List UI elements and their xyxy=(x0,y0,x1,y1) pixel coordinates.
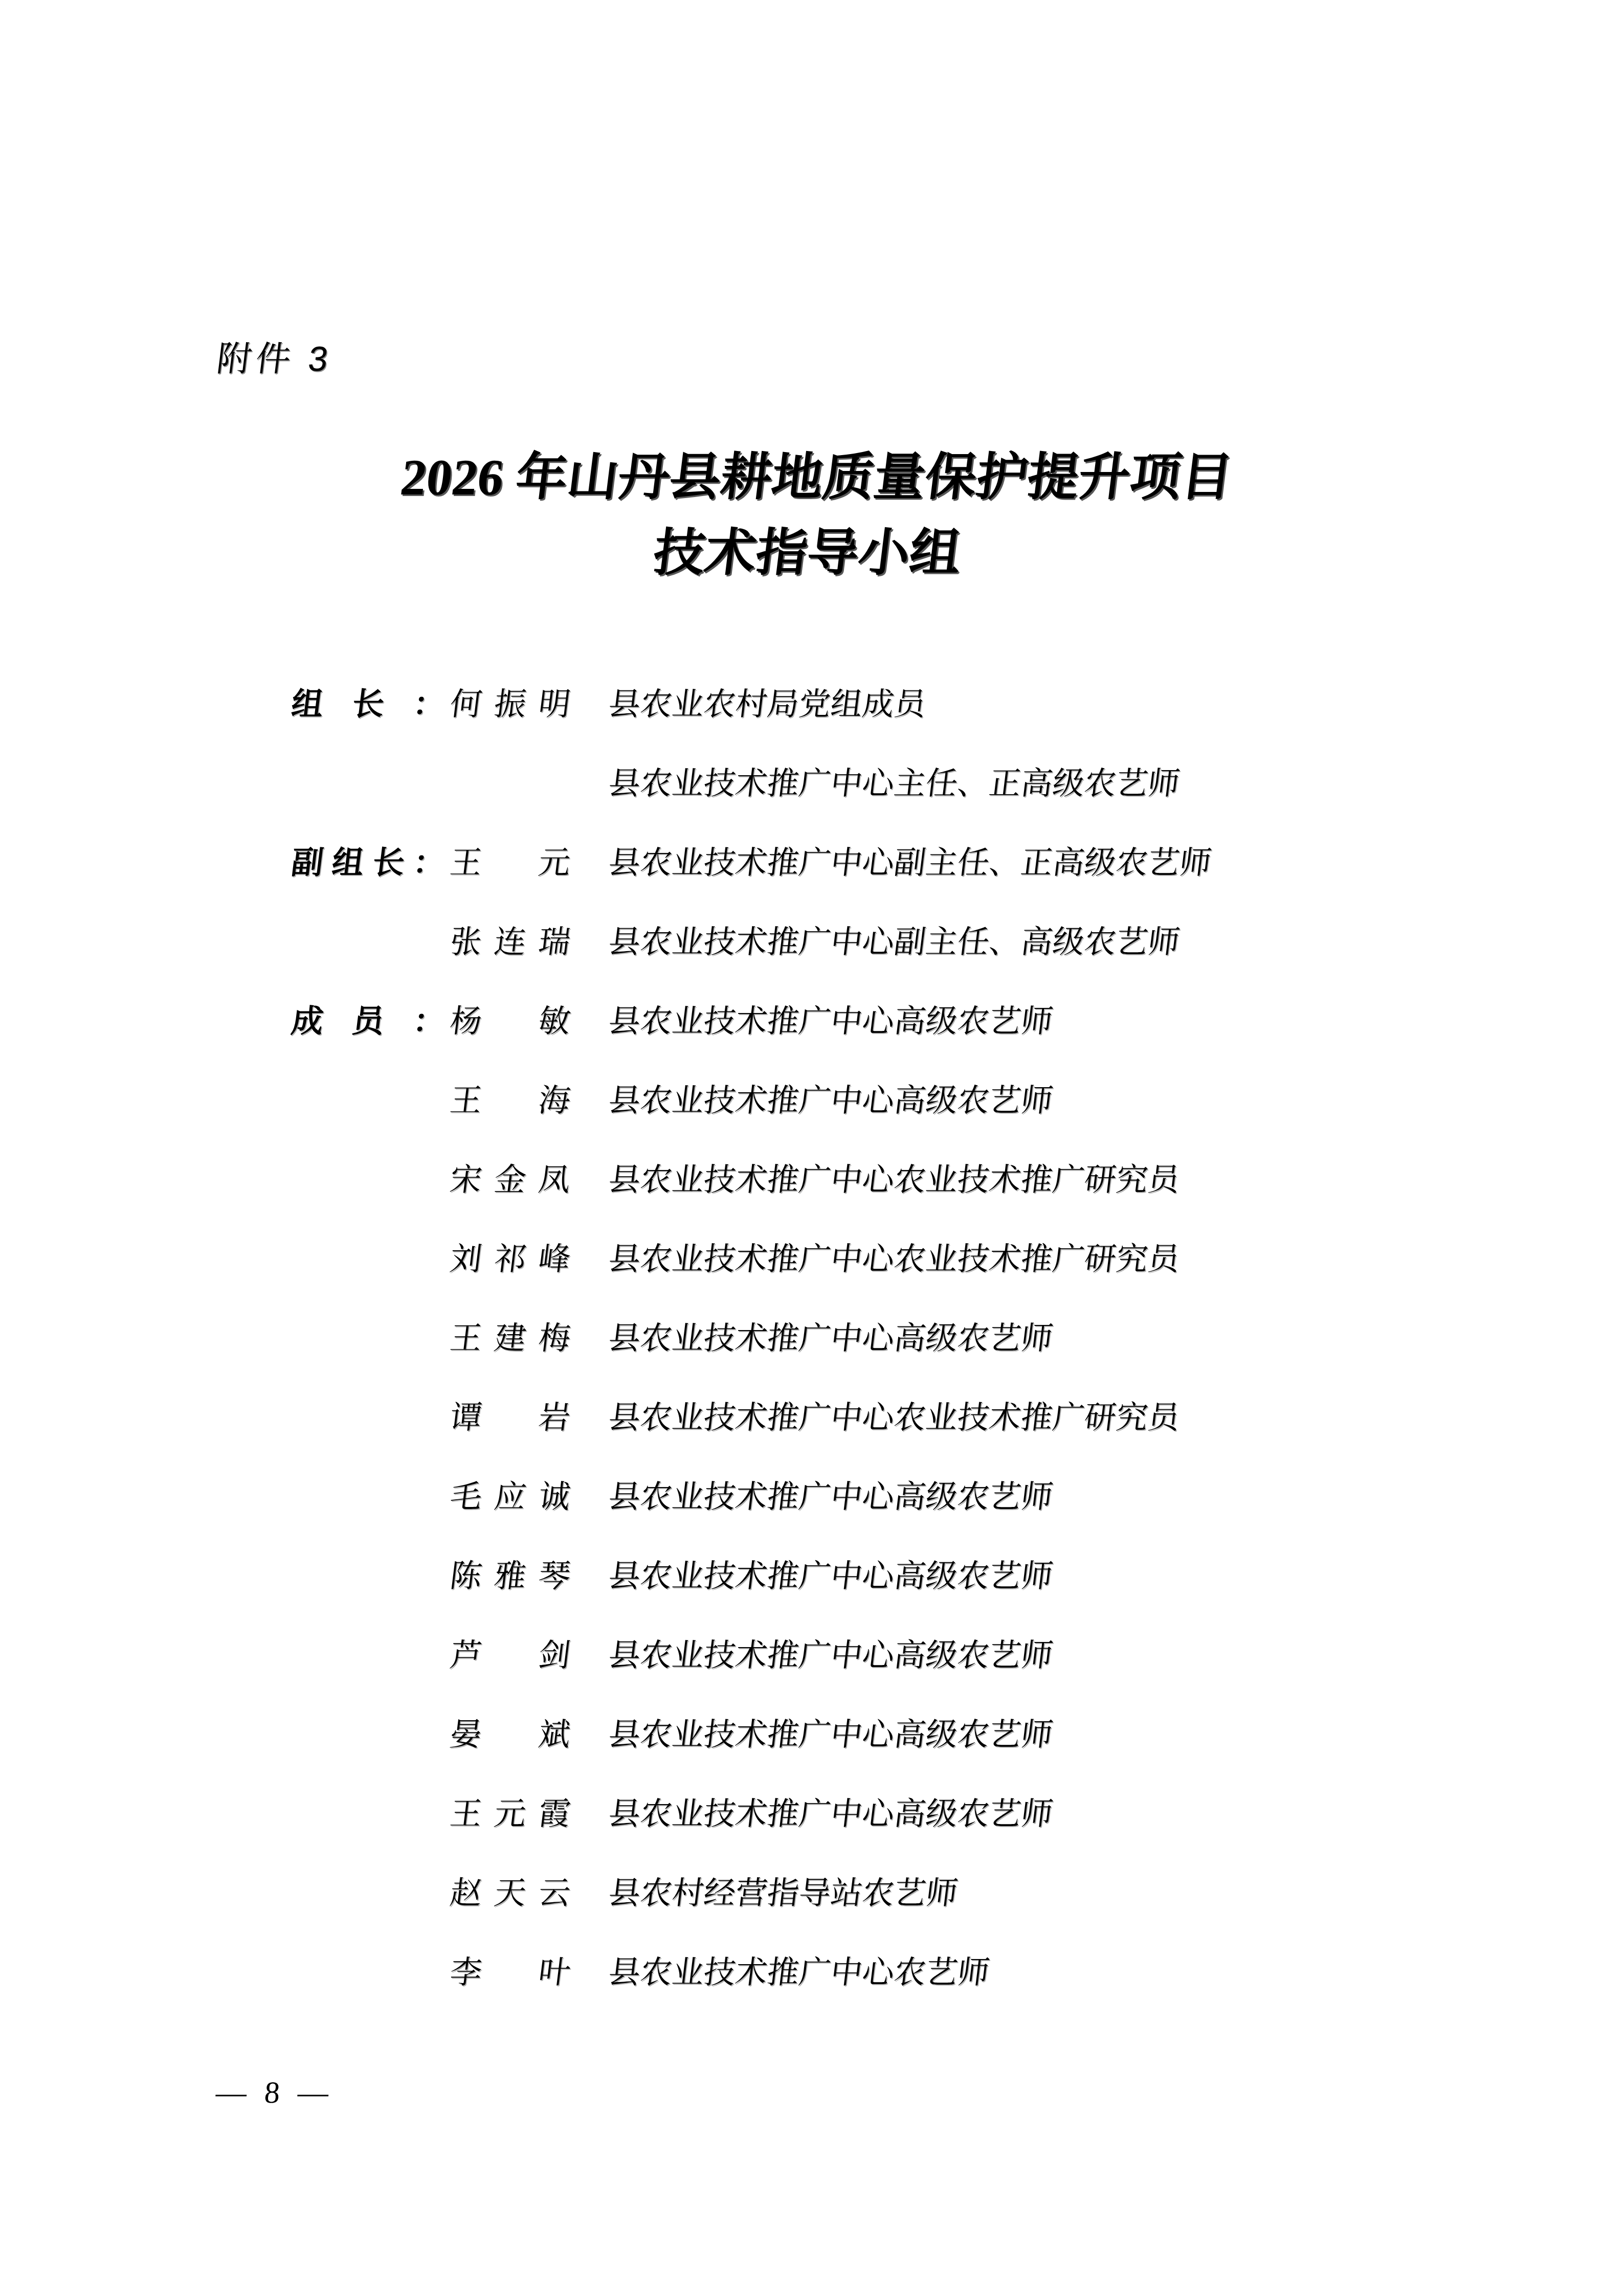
member-name-cell: 陈雅琴 xyxy=(448,1561,611,1592)
roster-row: 芦剑 县农业技术推广中心高级农艺师 xyxy=(286,1616,1216,1695)
char: 组 xyxy=(330,847,366,879)
member-name-cell: 赵天云 xyxy=(448,1878,611,1909)
member-name: 刘祁峰 xyxy=(448,1244,572,1275)
roster-row: 王元霞 县农业技术推广中心高级农艺师 xyxy=(286,1774,1216,1854)
member-name: 李叶 xyxy=(448,1957,572,1989)
member-title: 县农业技术推广中心高级农艺师 xyxy=(607,1323,1213,1355)
member-title: 县农业技术推广中心副主任、正高级农艺师 xyxy=(607,847,1213,879)
char: 云 xyxy=(537,1878,572,1909)
member-name: 何振明 xyxy=(448,689,572,721)
roster-row: 谭岩 县农业技术推广中心农业技术推广研究员 xyxy=(286,1378,1216,1457)
document-title: 2026 年山丹县耕地质量保护提升项目 技术指导小组 xyxy=(0,440,1624,591)
member-name-cell: 何振明 xyxy=(448,689,611,721)
roster-row: 张连瑞 县农业技术推广中心副主任、高级农艺师 xyxy=(286,903,1216,982)
char: 成 xyxy=(290,1006,325,1038)
char: ： xyxy=(411,1006,447,1038)
member-title: 县农业技术推广中心高级农艺师 xyxy=(607,1006,1213,1038)
member-name-cell: 杨敏 xyxy=(448,1006,611,1038)
char: 晏 xyxy=(448,1719,484,1751)
member-title: 县农业技术推广中心副主任、高级农艺师 xyxy=(607,927,1213,958)
member-name: 芦剑 xyxy=(448,1640,572,1672)
char: 员 xyxy=(350,1006,386,1038)
member-name-cell: 张连瑞 xyxy=(448,927,611,958)
member-name: 毛应诚 xyxy=(448,1481,572,1513)
title-line-1: 2026 年山丹县耕地质量保护提升项目 xyxy=(397,449,1236,506)
char: ： xyxy=(411,689,447,721)
member-name: 张连瑞 xyxy=(448,927,572,958)
char: 何 xyxy=(448,689,484,721)
member-name: 晏斌 xyxy=(448,1719,572,1751)
member-name: 宋金凤 xyxy=(448,1164,572,1196)
role-label: 副组长： xyxy=(290,847,447,879)
member-title: 县农业技术推广中心农业技术推广研究员 xyxy=(607,1164,1213,1196)
char: 琴 xyxy=(537,1561,572,1592)
role-label: 成员： xyxy=(290,1006,447,1038)
member-name: 王海 xyxy=(448,1085,572,1117)
char: 李 xyxy=(448,1957,484,1989)
char: 诚 xyxy=(537,1481,572,1513)
char: 芦 xyxy=(448,1640,484,1672)
char: 杨 xyxy=(448,1006,484,1038)
roster-row: 刘祁峰 县农业技术推广中心农业技术推广研究员 xyxy=(286,1220,1216,1299)
member-name: 王建梅 xyxy=(448,1323,572,1355)
char: 梅 xyxy=(537,1323,572,1355)
roster-row: 宋金凤 县农业技术推广中心农业技术推广研究员 xyxy=(286,1140,1216,1220)
member-name: 陈雅琴 xyxy=(448,1561,572,1592)
member-title: 县农业技术推广中心高级农艺师 xyxy=(607,1481,1213,1513)
member-name: 王元霞 xyxy=(448,1798,572,1830)
member-name-cell: 晏斌 xyxy=(448,1719,611,1751)
char: 峰 xyxy=(537,1244,572,1275)
member-title: 县农业技术推广中心高级农艺师 xyxy=(607,1719,1213,1751)
char: 王 xyxy=(448,1085,484,1117)
member-title: 县农业技术推广中心农艺师 xyxy=(607,1957,1213,1989)
char: 长 xyxy=(350,689,386,721)
roster-row: 组长： 何振明 县农业农村局党组成员 xyxy=(286,665,1216,744)
member-title: 县农业技术推广中心主任、正高级农艺师 xyxy=(607,768,1213,800)
title-line-2: 技术指导小组 xyxy=(651,525,965,581)
document-page: 附件 3 2026 年山丹县耕地质量保护提升项目 技术指导小组 组长： 何振明 … xyxy=(0,0,1624,2296)
char: 瑞 xyxy=(537,927,572,958)
char: 王 xyxy=(448,847,484,879)
char: 刘 xyxy=(448,1244,484,1275)
char: 长 xyxy=(371,847,407,879)
roster-row: 毛应诚 县农业技术推广中心高级农艺师 xyxy=(286,1457,1216,1537)
char: 凤 xyxy=(537,1164,572,1196)
roster-row: 成员： 杨敏 县农业技术推广中心高级农艺师 xyxy=(286,982,1216,1061)
member-title: 县农村经营指导站农艺师 xyxy=(607,1878,1213,1909)
roster-row: 李叶 县农业技术推广中心农艺师 xyxy=(286,1933,1216,2012)
char: 组 xyxy=(290,689,325,721)
member-title: 县农业技术推广中心高级农艺师 xyxy=(607,1798,1213,1830)
role-label-cell: 组长： xyxy=(290,689,452,721)
member-title: 县农业技术推广中心高级农艺师 xyxy=(607,1085,1213,1117)
char: 王 xyxy=(448,1323,484,1355)
char: 王 xyxy=(448,1798,484,1830)
member-name: 杨敏 xyxy=(448,1006,572,1038)
char: ： xyxy=(411,847,447,879)
member-title: 县农业技术推广中心高级农艺师 xyxy=(607,1640,1213,1672)
roster-row: 陈雅琴 县农业技术推广中心高级农艺师 xyxy=(286,1537,1216,1616)
member-name-cell: 芦剑 xyxy=(448,1640,611,1672)
char: 元 xyxy=(493,1798,528,1830)
char: 副 xyxy=(290,847,325,879)
char: 祁 xyxy=(493,1244,528,1275)
char: 雅 xyxy=(493,1561,528,1592)
char: 连 xyxy=(493,927,528,958)
member-name: 谭岩 xyxy=(448,1402,572,1434)
member-name-cell: 王元霞 xyxy=(448,1798,611,1830)
member-title: 县农业农村局党组成员 xyxy=(607,689,1213,721)
char: 剑 xyxy=(537,1640,572,1672)
char: 宋 xyxy=(448,1164,484,1196)
role-label-cell: 成员： xyxy=(290,1006,452,1038)
char: 海 xyxy=(537,1085,572,1117)
attachment-label: 附件 3 xyxy=(215,342,334,376)
char: 张 xyxy=(448,927,484,958)
roster-row: 王海 县农业技术推广中心高级农艺师 xyxy=(286,1061,1216,1140)
char: 应 xyxy=(493,1481,528,1513)
char: 振 xyxy=(493,689,528,721)
member-name-cell: 宋金凤 xyxy=(448,1164,611,1196)
char: 毛 xyxy=(448,1481,484,1513)
roster-row: 副组长： 王元 县农业技术推广中心副主任、正高级农艺师 xyxy=(286,823,1216,903)
member-name-cell: 王海 xyxy=(448,1085,611,1117)
member-name: 王元 xyxy=(448,847,572,879)
member-title: 县农业技术推广中心农业技术推广研究员 xyxy=(607,1244,1213,1275)
char: 敏 xyxy=(537,1006,572,1038)
char: 斌 xyxy=(537,1719,572,1751)
char: 天 xyxy=(493,1878,528,1909)
char: 谭 xyxy=(448,1402,484,1434)
roster-row: 晏斌 县农业技术推广中心高级农艺师 xyxy=(286,1695,1216,1774)
member-name-cell: 王元 xyxy=(448,847,611,879)
member-name: 赵天云 xyxy=(448,1878,572,1909)
member-name-cell: 刘祁峰 xyxy=(448,1244,611,1275)
char: 建 xyxy=(493,1323,528,1355)
char: 元 xyxy=(537,847,572,879)
member-name-cell: 毛应诚 xyxy=(448,1481,611,1513)
char: 明 xyxy=(537,689,572,721)
member-title: 县农业技术推广中心高级农艺师 xyxy=(607,1561,1213,1592)
member-name-cell: 李叶 xyxy=(448,1957,611,1989)
roster-row: 赵天云 县农村经营指导站农艺师 xyxy=(286,1854,1216,1933)
char: 赵 xyxy=(448,1878,484,1909)
char: 金 xyxy=(493,1164,528,1196)
roster-row: 王建梅 县农业技术推广中心高级农艺师 xyxy=(286,1299,1216,1378)
char: 叶 xyxy=(537,1957,572,1989)
roster-row: 县农业技术推广中心主任、正高级农艺师 xyxy=(286,744,1216,823)
char: 陈 xyxy=(448,1561,484,1592)
member-name-cell: 谭岩 xyxy=(448,1402,611,1434)
role-label: 组长： xyxy=(290,689,447,721)
char: 岩 xyxy=(537,1402,572,1434)
member-name-cell: 王建梅 xyxy=(448,1323,611,1355)
roster-list: 组长： 何振明 县农业农村局党组成员 县农业技术推广中心主任、正高级农艺师 副组… xyxy=(292,665,1211,2012)
member-title: 县农业技术推广中心农业技术推广研究员 xyxy=(607,1402,1213,1434)
role-label-cell: 副组长： xyxy=(290,847,452,879)
char: 霞 xyxy=(537,1798,572,1830)
page-number: — 8 — xyxy=(215,2077,335,2108)
